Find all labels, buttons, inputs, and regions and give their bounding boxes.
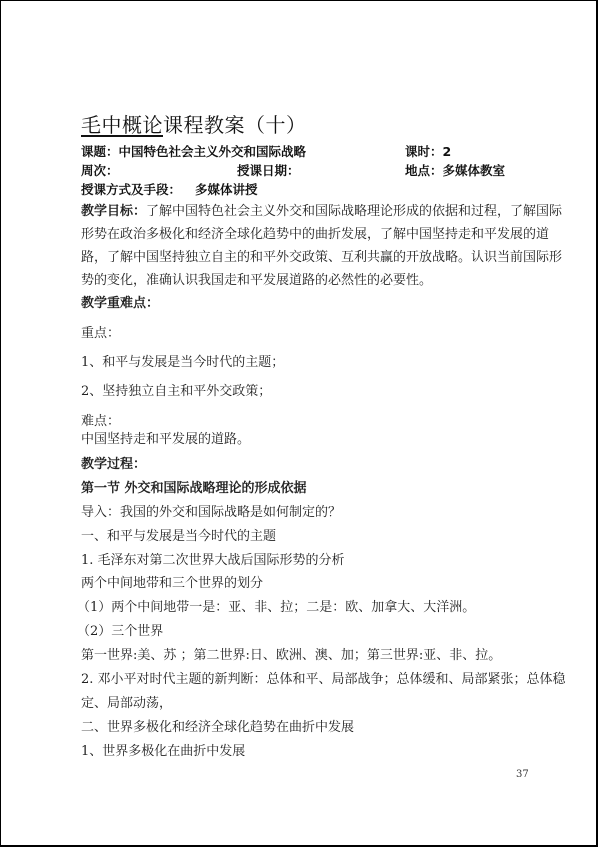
process-line-10: 二、世界多极化和经济全球化趋势在曲折中发展 (81, 716, 354, 735)
hours-label: 课时： (405, 144, 443, 159)
process-line-9: 定、局部动荡， (81, 692, 172, 711)
process-line-11: 1、世界多极化在曲折中发展 (81, 740, 245, 759)
method-row: 授课方式及手段：多媒体讲授 (81, 180, 258, 198)
focus-label: 重点： (81, 322, 120, 341)
process-line-7: 第一世界:美、苏 ；第二世界:日、欧洲、澳、加；第三世界:亚、非、拉。 (81, 644, 501, 663)
date-label: 授课日期： (237, 161, 300, 179)
focus-item-1: 1、和平与发展是当今时代的主题； (81, 351, 284, 370)
location-field: 地点：多媒体教室 (405, 161, 505, 179)
process-line-5: （1）两个中间地带一是：亚、非、拉；二是：欧、加拿大、大洋洲。 (77, 596, 475, 615)
document-page: 毛中概论课程教案（十） 课题：中国特色社会主义外交和国际战略 课时：2 周次： … (0, 0, 598, 847)
difficulty-label: 难点： (81, 410, 120, 429)
page-title: 毛中概论课程教案（十） (81, 109, 307, 138)
focus-item-2: 2、坚持独立自主和平外交政策； (81, 380, 271, 399)
hours-field: 课时：2 (405, 142, 451, 160)
location-label: 地点： (405, 163, 443, 178)
method-value: 多媒体讲授 (195, 182, 258, 197)
key-points-heading: 教学重难点： (81, 292, 159, 311)
method-label: 授课方式及手段： (81, 182, 181, 197)
process-heading: 教学过程： (81, 453, 146, 472)
title-suffix: 课程教案（十） (163, 113, 307, 137)
week-label: 周次： (81, 161, 119, 179)
topic-row: 课题：中国特色社会主义外交和国际战略 (81, 142, 306, 160)
objectives-line-2: 形势在政治多极化和经济全球化趋势中的曲折发展，了解中国坚持走和平发展的道 (81, 223, 549, 242)
process-line-2: 一、和平与发展是当今时代的主题 (81, 525, 276, 544)
process-line-4: 两个中间地带和三个世界的划分 (81, 572, 263, 591)
topic-value: 中国特色社会主义外交和国际战略 (119, 144, 307, 159)
objectives-line-3: 路，了解中国坚持独立自主的和平外交政策、互利共赢的开放战略。认识当前国际形 (81, 246, 562, 265)
objectives-line-1: 教学目标：了解中国特色社会主义外交和国际战略理论形成的依据和过程，了解国际 (81, 200, 562, 219)
process-line-8: 2. 邓小平对时代主题的新判断：总体和平、局部战争；总体缓和、局部紧张；总体稳 (81, 668, 566, 687)
location-value: 多媒体教室 (443, 163, 506, 178)
process-line-1: 导入：我国的外交和国际战略是如何制定的？ (81, 501, 341, 520)
difficulty-text: 中国坚持走和平发展的道路。 (81, 428, 250, 447)
topic-label: 课题： (81, 144, 119, 159)
title-course-name: 毛中概论 (81, 113, 163, 137)
page-number: 37 (516, 769, 529, 780)
process-line-3: 1. 毛泽东对第二次世界大战后国际形势的分析 (81, 549, 345, 568)
objectives-line-4: 势的变化，准确认识我国走和平发展道路的必然性的必要性。 (81, 269, 432, 288)
hours-value: 2 (443, 144, 452, 159)
section-title: 第一节 外交和国际战略理论的形成依据 (81, 477, 307, 496)
objectives-label: 教学目标： (81, 204, 146, 219)
process-line-6: （2）三个世界 (77, 620, 163, 639)
